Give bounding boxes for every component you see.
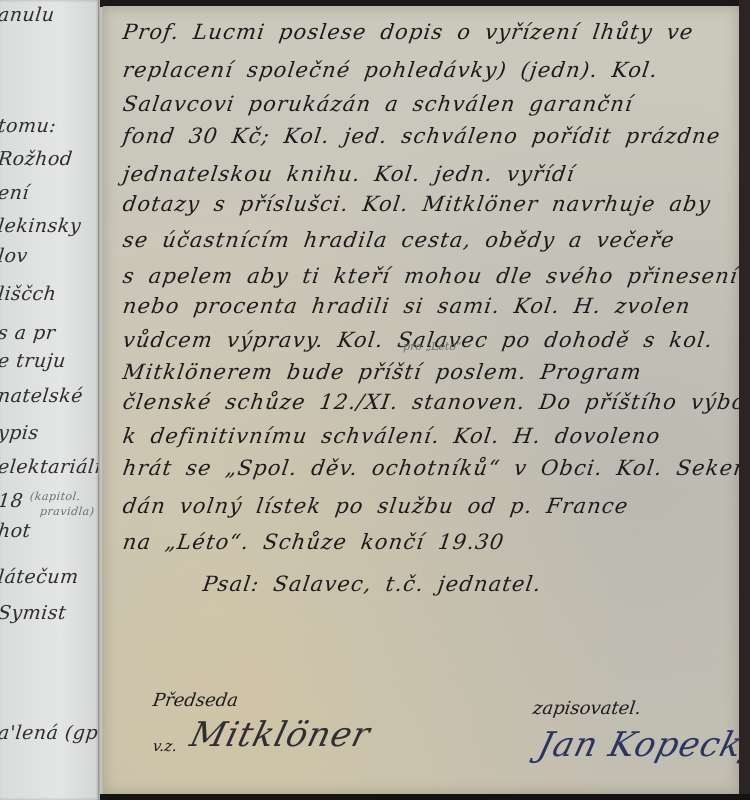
handwritten-line: dotazy s příslušci. Kol. Mitklöner navrh…: [121, 192, 712, 216]
handwritten-line: Prof. Lucmi poslese dopis o vyřízení lhů…: [121, 20, 695, 44]
left-page-fragment: e truju: [0, 350, 67, 372]
left-page-fragment: ení: [0, 182, 30, 204]
notebook-spread: anulutomu:Rožhodenílekinskylovliščchs a …: [0, 0, 750, 800]
chairman-label: Předseda: [152, 690, 372, 711]
left-page-fragment: natelské: [0, 385, 84, 407]
left-page-fragment: tomu:: [0, 115, 57, 137]
left-page-fragment: lov: [0, 245, 29, 267]
recorder-signature: Jan Kopecký: [534, 725, 739, 765]
bottom-frame-edge: [100, 794, 750, 800]
handwritten-line: Salavcovi porukázán a schválen garanční: [121, 92, 635, 116]
left-page-fragment: pravidla): [39, 505, 95, 518]
left-page-fragment: 18: [0, 490, 24, 512]
handwritten-line: členské schůze 12./XI. stanoven. Do příš…: [121, 390, 739, 414]
left-page-fragment: ypis: [0, 422, 40, 444]
left-page-fragment: (kapitol.: [29, 490, 81, 503]
handwritten-line: k definitivnímu schválení. Kol. H. dovol…: [121, 424, 662, 448]
chairman-signature-block: Předseda v.z. Mitklöner: [153, 690, 370, 755]
left-page-fragment: liščch: [0, 283, 58, 305]
left-page-fragment: anulu: [0, 4, 56, 26]
recorder-signature-block: zapisovatel. Jan Kopecký: [533, 698, 739, 765]
left-page-fragment: hot: [0, 520, 32, 542]
handwritten-line: se účastnícím hradila cesta, obědy a več…: [121, 228, 676, 252]
handwritten-line: hrát se „Spol. děv. ochotníků“ v Obci. K…: [121, 456, 739, 480]
handwritten-line: dán volný lístek po službu od p. France: [121, 494, 630, 518]
left-page: anulutomu:Rožhodenílekinskylovliščchs a …: [0, 0, 100, 800]
handwritten-line: na „Léto“. Schůze končí 19.30: [121, 530, 506, 554]
left-page-fragment: a'lená (gpt): [0, 722, 100, 744]
handwritten-line: replacení společné pohledávky) (jedn). K…: [121, 58, 659, 82]
chairman-signature: Mitklöner: [186, 715, 375, 755]
left-page-fragment: lekinsky: [0, 215, 82, 237]
recorder-label: zapisovatel.: [532, 698, 739, 719]
handwritten-line: nebo procenta hradili si sami. Kol. H. z…: [121, 294, 692, 318]
left-page-fragment: Rožhod: [0, 148, 74, 170]
handwritten-line: s apelem aby ti kteří mohou dle svého př…: [121, 264, 739, 288]
right-page: Prof. Lucmi poslese dopis o vyřízení lhů…: [103, 6, 739, 794]
left-page-fragment: látečum: [0, 566, 80, 588]
chairman-prefix: v.z.: [152, 737, 179, 755]
right-frame-edge: [739, 0, 750, 800]
left-page-fragment: elektariáln: [0, 456, 100, 478]
left-page-fragment: Symist: [0, 602, 67, 624]
handwritten-line: jednatelskou knihu. Kol. jedn. vyřídí: [121, 162, 576, 186]
handwritten-line: Mitklönerem bude příští poslem. Program: [121, 360, 643, 384]
handwritten-line: fond 30 Kč; Kol. jed. schváleno pořídit …: [121, 124, 722, 148]
handwritten-line: Psal: Salavec, t.č. jednatel.: [201, 572, 543, 596]
pencil-insert-note: pro „Léto“: [403, 340, 462, 353]
left-page-fragment: s a pr: [0, 322, 57, 344]
